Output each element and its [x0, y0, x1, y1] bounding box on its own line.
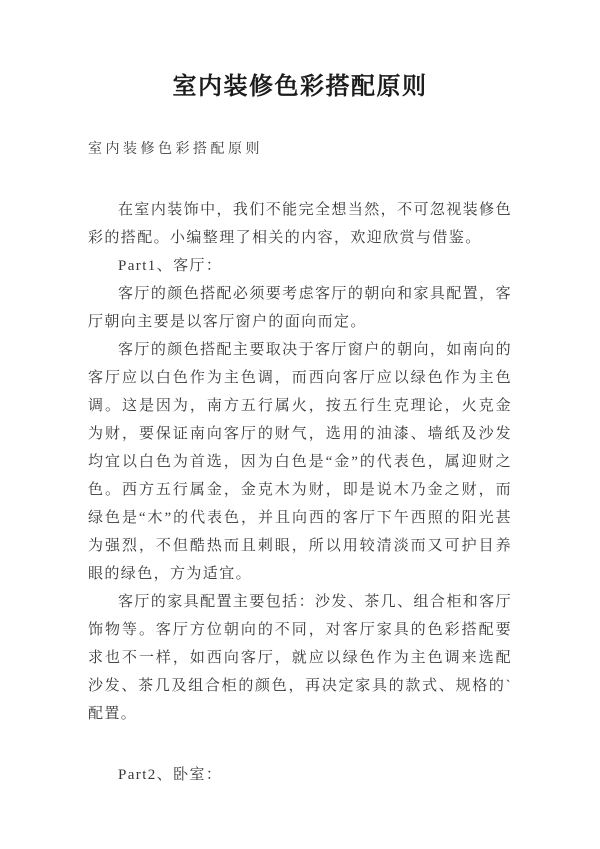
document-title: 室内装修色彩搭配原则	[88, 72, 512, 101]
paragraph-living-room-orientation: 客厅的颜色搭配必须要考虑客厅的朝向和家具配置，客厅朝向主要是以客厅窗户的面向而定…	[88, 280, 512, 336]
paragraph-intro: 在室内装饰中，我们不能完全想当然，不可忽视装修色彩的搭配。小编整理了相关的内容，…	[88, 196, 512, 252]
document-subtitle: 室内装修色彩搭配原则	[88, 140, 512, 160]
document-body: 在室内装饰中，我们不能完全想当然，不可忽视装修色彩的搭配。小编整理了相关的内容，…	[88, 196, 512, 789]
paragraph-part1-heading: Part1、客厅：	[88, 252, 512, 280]
paragraph-living-room-furniture: 客厅的家具配置主要包括：沙发、茶几、组合柜和客厅饰物等。客厅方位朝向的不同，对客…	[88, 588, 512, 728]
paragraph-part2-heading: Part2、卧室：	[88, 761, 512, 789]
document-page: 室内装修色彩搭配原则 室内装修色彩搭配原则 在室内装饰中，我们不能完全想当然，不…	[0, 0, 600, 849]
paragraph-living-room-color-theory: 客厅的颜色搭配主要取决于客厅窗户的朝向，如南向的客厅应以白色作为主色调，而西向客…	[88, 336, 512, 588]
